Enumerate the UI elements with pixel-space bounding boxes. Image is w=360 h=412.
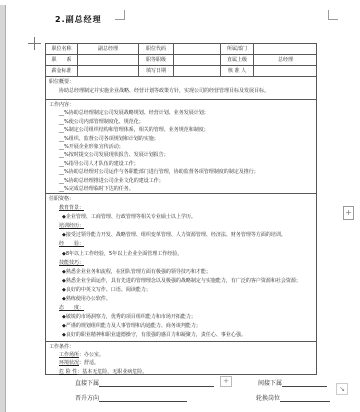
footer-fields-row-1: 直接下属间接下属	[75, 378, 327, 387]
education-heading: 教育背景：	[59, 205, 84, 211]
work-conditions-label: 工作条件：	[49, 343, 313, 351]
header-fields-grid: 职位名称 副总经理 职位代码 所属部门 职 系 职等职级 直属上级 总经理 薪金…	[46, 44, 316, 77]
duty-item: __%开展企业形象宣传活动；	[49, 143, 313, 151]
section-job-summary: 职位概要： 协助总经理制定并实施企业战略、经营计划等政策方针，实现公司的经营管理…	[46, 77, 316, 100]
experience-heading: 经 验：	[59, 241, 84, 247]
text-boundary-mark-right-icon	[328, 10, 338, 20]
job-family-label: 职 系	[46, 55, 78, 66]
duty-item: __%协助总经理推进公司企业文化的建设工作；	[49, 177, 313, 185]
attitude-heading: 态 度：	[59, 305, 84, 311]
training-bullet: ◆接受过领导能力开发、战略管理、组织变革管理、人力资源管理、经济法、财务管理等方…	[49, 231, 313, 240]
duty-item: __%制定公司组织结构和管理体系，相关的管理、业务规范和制度；	[49, 126, 313, 134]
fill-date-label: 填写日期	[139, 66, 174, 77]
indirect-subordinates-blank	[282, 380, 327, 387]
side-plus-handle-icon[interactable]: +	[343, 206, 354, 220]
table-resize-handle-icon[interactable]: ↘	[336, 383, 348, 395]
risk-text: ：基本无危险，无职业病危险。	[77, 369, 147, 375]
rotation-position-field: 轮换岗位	[256, 393, 330, 402]
duty-item: __%按时提交公司发展现状报告、发展计划报告；	[49, 151, 313, 159]
salary-standard-value	[78, 66, 139, 77]
skills-bullet: ◆熟练使用办公软件。	[49, 295, 313, 304]
job-title-value: 副总经理	[78, 44, 139, 55]
work-content-label: 工作内容：	[49, 101, 313, 109]
workplace-heading: 工作场所	[59, 352, 79, 358]
duty-item: __%协助总经理制定公司发展战略规划、经营计划、业务发展计划；	[49, 109, 313, 117]
job-grade-label: 职等职级	[139, 55, 174, 66]
skills-heading: 技能技巧：	[59, 260, 84, 266]
job-code-label: 职位代码	[139, 44, 174, 55]
direct-subordinates-field: 直接下属	[75, 378, 214, 387]
skills-bullet: ◆熟悉企业业务和流程，在团队管理方面有极强的领导技巧和才能；	[49, 268, 313, 277]
supervisor-label: 直属上级	[221, 55, 254, 66]
experience-bullet: ◆8年以上工作经验，5年以上企业全面管理工作经验。	[49, 250, 313, 259]
education-bullet: ◆企业管理、工商管理、行政管理等相关专业硕士以上学历。	[49, 213, 313, 222]
job-code-value	[174, 44, 221, 55]
duty-item: __%协助总经理对公司运作与各职能部门进行管理，协助监督各项管理制度的制定及推行…	[49, 168, 313, 176]
risk-heading: 危 险 性	[59, 369, 77, 375]
duty-item: __%使公司内部管理制度化、规范化；	[49, 118, 313, 126]
rotation-position-blank	[280, 395, 330, 402]
supervisor-value: 总经理	[254, 55, 317, 66]
skills-bullet: ◆良好的中英文写作、口语、阅读能力；	[49, 286, 313, 295]
footer-fields-row-2: 晋升方向轮换岗位	[75, 393, 330, 402]
promotion-direction-label: 晋升方向	[75, 393, 99, 402]
insert-plus-handle-icon[interactable]: +	[220, 376, 232, 387]
department-label: 所属部门	[221, 44, 254, 55]
attitude-bullet: ◆敏锐的市场洞察力，优秀的项目组织能力和市场开拓能力；	[49, 313, 313, 322]
document-heading: 2.副总经理	[55, 14, 102, 25]
job-description-table: 职位名称 副总经理 职位代码 所属部门 职 系 职等职级 直属上级 总经理 薪金…	[45, 43, 317, 375]
promotion-direction-blank	[99, 395, 187, 402]
skills-bullet: ◆熟悉企业全面运作，具有先进的管理理念以及极强的战略制定与实施能力，有广泛的客户…	[49, 277, 313, 286]
fill-date-value	[174, 66, 221, 77]
rotation-position-label: 轮换岗位	[256, 393, 280, 402]
training-heading: 培训经历：	[59, 223, 84, 229]
approver-label: 核 准 人	[221, 66, 254, 77]
duty-item: __%组织、监督公司各项规划和计划的实施；	[49, 135, 313, 143]
job-summary-text: 协助总经理制定并实施企业战略、经营计划等政策方针，实现公司的经营管理目标及发展目…	[49, 87, 313, 96]
job-title-label: 职位名称	[46, 44, 78, 55]
table-move-handle-icon[interactable]	[28, 37, 41, 50]
environment-text: ：舒适。	[79, 360, 99, 366]
section-work-conditions: 工作条件： 工作场所：办公室。 环境状况：舒适。 危 险 性：基本无危险，无职业…	[46, 342, 316, 376]
section-work-content: 工作内容： __%协助总经理制定公司发展战略规划、经营计划、业务发展计划； __…	[46, 100, 316, 194]
promotion-direction-field: 晋升方向	[75, 393, 187, 402]
department-value	[254, 44, 317, 55]
duty-item: __%完成总经理临时下达的任务。	[49, 185, 313, 193]
duty-item: __%指导公司人才队伍的建设工作；	[49, 160, 313, 168]
approver-value	[254, 66, 317, 77]
text-boundary-mark-left-icon	[115, 10, 125, 20]
app-background-strip	[0, 5, 6, 412]
salary-standard-label: 薪金标准	[46, 66, 78, 77]
workplace-text: ：办公室。	[79, 352, 104, 358]
section-qualifications: 任职资格： 教育背景： ◆企业管理、工商管理、行政管理等相关专业硕士以上学历。 …	[46, 194, 316, 342]
attitude-bullet: ◆良好的职业精神和职业道德操守，有很强的感召力和凝聚力，责任心、事业心强。	[49, 331, 313, 340]
environment-heading: 环境状况	[59, 360, 79, 366]
indirect-subordinates-field: 间接下属	[258, 378, 327, 387]
job-summary-label: 职位概要：	[49, 78, 313, 87]
qualifications-label: 任职资格：	[49, 195, 313, 204]
attitude-bullet: ◆严谨的规划组织能力及人事管理和沟通能力、商务谈判能力；	[49, 322, 313, 331]
indirect-subordinates-label: 间接下属	[258, 378, 282, 387]
direct-subordinates-label: 直接下属	[75, 378, 99, 387]
direct-subordinates-blank	[99, 380, 214, 387]
job-family-value	[78, 55, 139, 66]
job-grade-value	[174, 55, 221, 66]
